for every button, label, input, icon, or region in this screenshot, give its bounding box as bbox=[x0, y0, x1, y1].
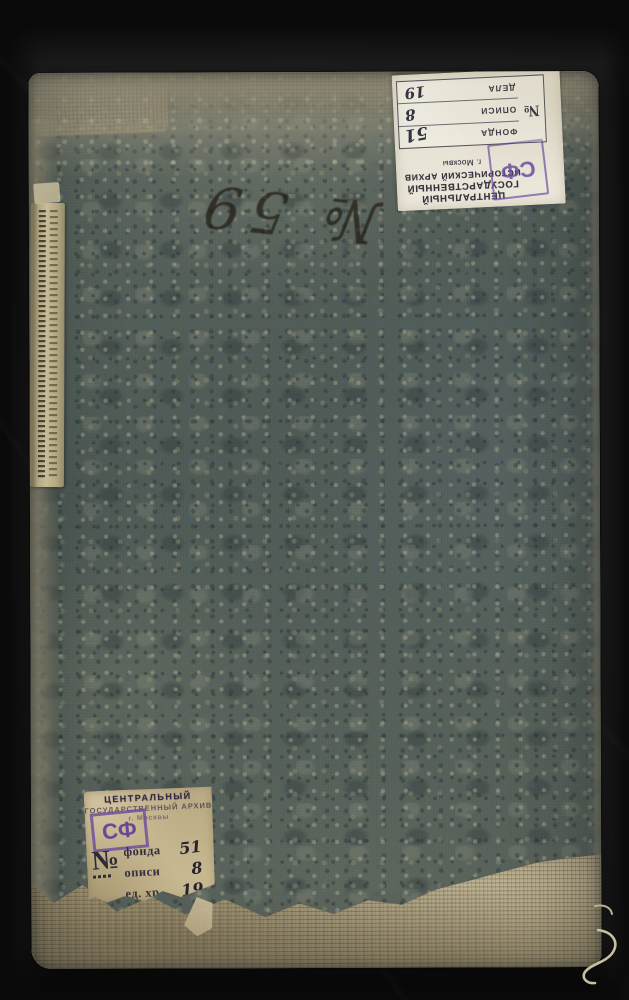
archive-label-top: ЦЕНТРАЛЬНЫЙ ГОСУДАРСТВЕННЫЙ ИСТОРИЧЕСКИЙ… bbox=[392, 71, 566, 211]
spine-tape-label bbox=[30, 203, 65, 487]
fond-table-rows: ФОНДА 51 ОПИСИ 8 ДЕЛА 19 bbox=[397, 77, 520, 149]
tape-fine-print-column bbox=[38, 210, 46, 479]
tape-fine-print-column bbox=[49, 210, 58, 479]
loose-thread bbox=[584, 930, 616, 983]
row-label: ФОНДА bbox=[480, 127, 518, 139]
row-value: 51 bbox=[178, 836, 210, 858]
photo-backdrop: № 59 ЦЕНТРАЛЬНЫЙ ГОСУДАРСТВЕННЫЙ ИСТОРИЧ… bbox=[0, 0, 629, 1000]
row-label: ОПИСИ bbox=[480, 105, 517, 117]
row-label: ДЕЛА bbox=[487, 82, 515, 93]
row-value: 19 bbox=[403, 82, 426, 103]
sf-stamp: СФ bbox=[487, 139, 549, 201]
table-row: ФОНДА 51 bbox=[399, 120, 520, 148]
number-sign: № bbox=[517, 75, 546, 142]
row-value: 8 bbox=[190, 857, 211, 878]
archive-label-bottom: ЦЕНТРАЛЬНЫЙ ГОСУДАРСТВЕННЫЙ АРХИВ г. Мос… bbox=[84, 786, 217, 904]
row-value: 8 bbox=[404, 105, 417, 124]
loose-threads bbox=[555, 900, 629, 995]
row-label: описи bbox=[124, 864, 161, 881]
book-cover: № 59 ЦЕНТРАЛЬНЫЙ ГОСУДАРСТВЕННЫЙ ИСТОРИЧ… bbox=[28, 71, 601, 969]
worn-right-edge bbox=[583, 71, 601, 967]
fond-table: № ФОНДА 51 ОПИСИ 8 ДЕЛА 19 bbox=[396, 74, 547, 149]
row-value: 51 bbox=[402, 122, 429, 146]
loose-thread bbox=[595, 905, 612, 914]
book-cover-surface: № 59 ЦЕНТРАЛЬНЫЙ ГОСУДАРСТВЕННЫЙ ИСТОРИЧ… bbox=[28, 71, 601, 969]
row-label: фонда bbox=[123, 843, 161, 860]
number-sign: № bbox=[91, 846, 121, 879]
label-row: фонда 51 bbox=[123, 837, 210, 861]
tape-remnant bbox=[33, 182, 60, 204]
